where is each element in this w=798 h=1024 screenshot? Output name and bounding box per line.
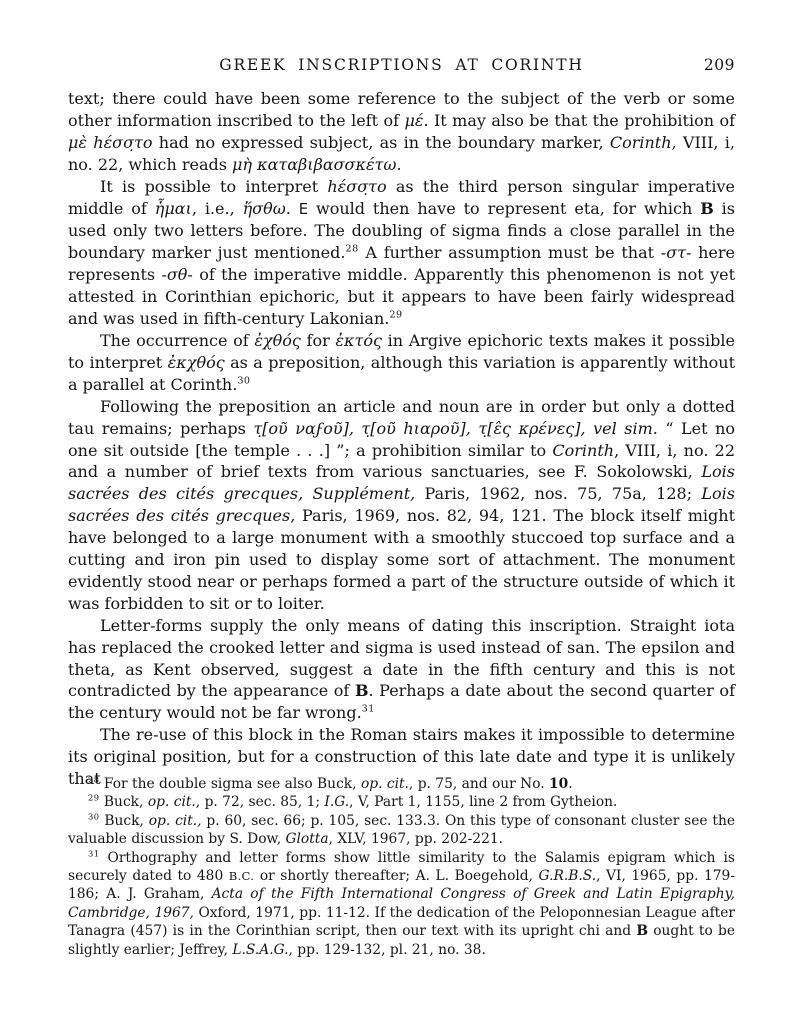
greek-text-run: hέσσ̣το xyxy=(327,177,386,196)
footnote: 29 Buck, op. cit., p. 72, sec. 85, 1; I.… xyxy=(68,793,735,811)
text-run: For the double sigma see also Buck, xyxy=(100,776,361,792)
footnote: 31 Orthography and letter forms show lit… xyxy=(68,849,735,959)
text-run: G.R.B.S. xyxy=(539,868,597,884)
text-run: , pp. 129-132, pl. 21, no. 38. xyxy=(289,942,486,958)
greek-text-run: μέ xyxy=(404,111,423,130)
paragraph: It is possible to interpret hέσσ̣το as t… xyxy=(68,176,735,330)
greek-text-run: -σθ- xyxy=(161,265,192,284)
text-run: op. cit., xyxy=(149,813,202,829)
text-run: Buck, xyxy=(100,813,149,829)
text-run: The occurrence of xyxy=(100,331,254,350)
archaic-letter-glyph: Β xyxy=(636,923,648,939)
article-body: text; there could have been some referen… xyxy=(68,88,735,790)
footnote-marker: 31 xyxy=(362,704,375,715)
text-run: would then have to represent eta, for wh… xyxy=(308,199,700,218)
text-run: I.G. xyxy=(324,794,349,810)
text-run: Glotta xyxy=(285,831,328,847)
text-run: A further assumption must be that xyxy=(359,243,661,262)
text-run: or shortly thereafter; A. L. Boegehold, xyxy=(254,868,538,884)
paragraph: Following the preposition an article and… xyxy=(68,396,735,615)
text-run: , V, Part 1, 1155, line 2 from Gytheion. xyxy=(349,794,617,810)
greek-text-run: ἥσθω xyxy=(243,199,286,218)
footnote-marker: 28 xyxy=(345,244,358,255)
text-run: B.C. xyxy=(229,869,255,883)
greek-text-run: μὲ hέσσ̣το xyxy=(68,133,153,152)
paragraph: The occurrence of ἐχθός for ἐκτός in Arg… xyxy=(68,330,735,396)
text-run: op. cit. xyxy=(361,776,409,792)
greek-text-run: ἐκτός xyxy=(335,331,382,350)
footnote: 30 Buck, op. cit., p. 60, sec. 66; p. 10… xyxy=(68,812,735,849)
greek-text-run: ἧμαι xyxy=(155,199,192,218)
running-title: GREEK INSCRIPTIONS AT CORINTH xyxy=(68,56,735,74)
text-run: , p. 72, sec. 85, 1; xyxy=(196,794,325,810)
text-run: had no expressed subject, as in the boun… xyxy=(153,133,610,152)
archaic-letter-glyph: Β xyxy=(355,681,369,700)
greek-text-run: μὴ καταβιβασσκέτω. xyxy=(232,155,402,174)
footnote-marker: 29 xyxy=(389,310,402,321)
footnote-marker: 30 xyxy=(237,375,250,386)
text-run: vel sim. xyxy=(593,419,658,438)
footnote-marker: 28 xyxy=(88,774,100,784)
text-run: Corinth xyxy=(610,133,672,152)
text-run: Buck, xyxy=(100,794,148,810)
greek-text-run: -στ- xyxy=(661,243,692,262)
greek-text-run: ἐκχθός xyxy=(168,353,225,372)
footnote-marker: 30 xyxy=(88,811,100,821)
footnote-marker: 29 xyxy=(88,793,100,803)
greek-text-run: τ̣[οῦ ναϝοῦ], τ̣[οῦ hιαροῦ], τ̣[ε̂ς κρέν… xyxy=(253,419,593,438)
archaic-letter-glyph: Β xyxy=(700,199,714,218)
text-run: , p. 75, and our No. xyxy=(409,776,549,792)
paragraph: Letter-forms supply the only means of da… xyxy=(68,615,735,725)
footnotes-section: 28 For the double sigma see also Buck, o… xyxy=(68,775,735,959)
footnote: 28 For the double sigma see also Buck, o… xyxy=(68,775,735,793)
text-run: Paris, 1962, nos. 75, 75a, 128; xyxy=(415,484,701,503)
text-run: , XLV, 1967, pp. 202-221. xyxy=(329,831,503,847)
text-run: Corinth xyxy=(552,441,614,460)
text-run: L.S.A.G. xyxy=(232,942,288,958)
text-run: , i.e., xyxy=(192,199,243,218)
text-run: E xyxy=(299,201,308,218)
text-run: op. cit. xyxy=(148,794,196,810)
text-run: . It may also be that the prohibition of xyxy=(423,111,735,130)
page-number: 209 xyxy=(704,56,735,74)
journal-page: GREEK INSCRIPTIONS AT CORINTH 209 text; … xyxy=(0,0,798,1024)
text-run: . xyxy=(568,776,572,792)
text-run: for xyxy=(301,331,336,350)
greek-text-run: ἐχθός xyxy=(254,331,301,350)
footnote-marker: 31 xyxy=(88,848,100,858)
text-run: 10 xyxy=(549,776,568,792)
text-run: It is possible to interpret xyxy=(100,177,327,196)
paragraph: text; there could have been some referen… xyxy=(68,88,735,176)
page-header: GREEK INSCRIPTIONS AT CORINTH 209 xyxy=(68,56,735,74)
text-run: . xyxy=(286,199,299,218)
